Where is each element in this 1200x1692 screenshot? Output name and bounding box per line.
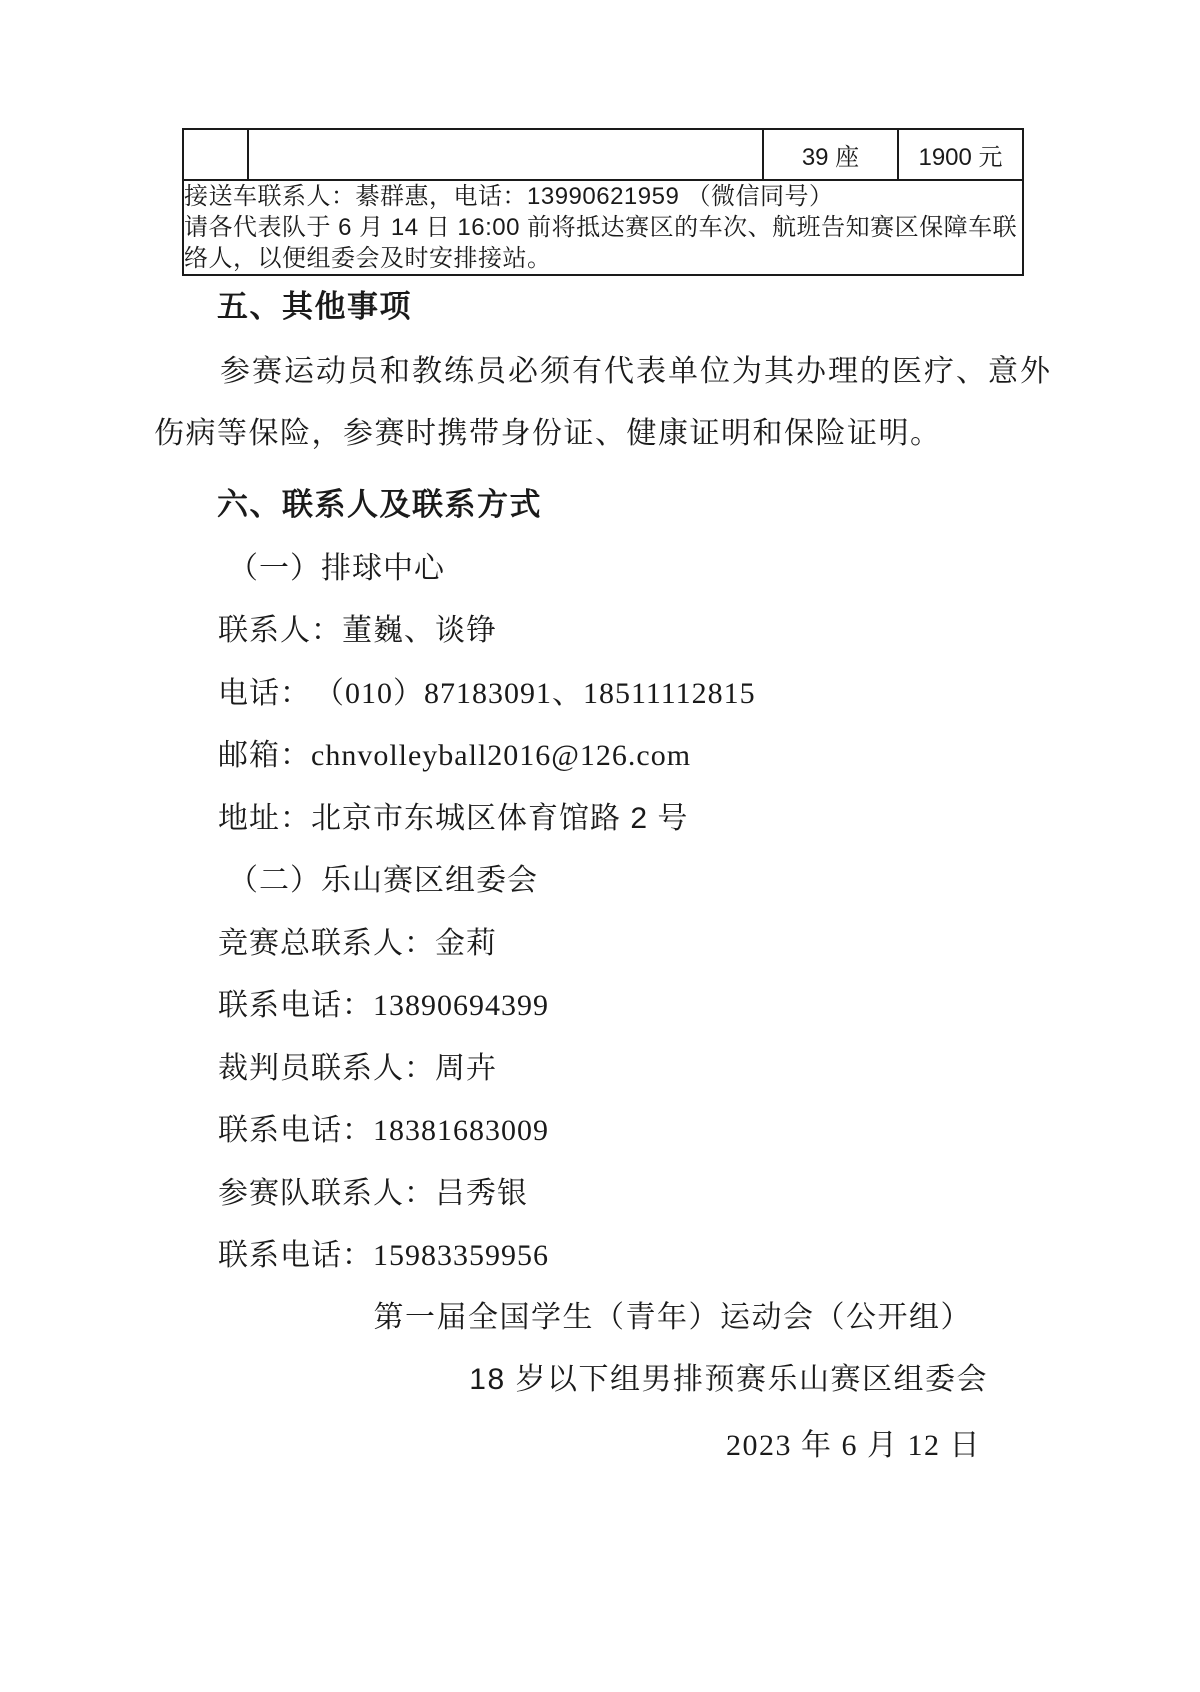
signature-line-1: 第一届全国学生（青年）运动会（公开组） [374,1292,973,1336]
contact-line-referee: 裁判员联系人：周卉 [218,1043,497,1087]
contact-label: 裁判员联系人： [218,1052,435,1085]
fee-table-row: 39 座 1900 元 [183,129,1023,180]
contact-line-phone: 联系电话：18381683009 [218,1105,549,1149]
contact-label: 联系人： [218,614,342,647]
contact-value: 吕秀银 [435,1177,528,1210]
contact-subheading-leshan-committee: （二）乐山赛区组委会 [228,855,538,899]
section6-heading: 六、联系人及联系方式 [217,479,542,524]
contact-label: 地址： [218,802,311,835]
contact-line-phone: 电话：（010）87183091、18511112815 [218,668,756,712]
contact-line-competition-chief: 竞赛总联系人：金莉 [218,918,497,962]
contact-label: 联系电话： [218,1114,373,1147]
contact-value: 董巍、谈铮 [342,614,497,647]
contact-label: （一）排球中心 [228,552,445,585]
contact-value: （010）87183091、18511112815 [329,677,756,710]
contact-label: 联系电话： [218,989,373,1022]
contact-value: chnvolleyball2016@126.com [311,739,691,772]
contact-value: 13890694399 [373,989,549,1022]
contact-subheading-volleyball-center: （一）排球中心 [228,543,445,587]
contact-line-phone: 联系电话：15983359956 [218,1230,549,1274]
contact-value: 15983359956 [373,1239,549,1272]
seat-capacity-cell: 39 座 [763,129,898,180]
shuttle-contact-line: 接送车联系人：綦群惠，电话：13990621959 （微信同号） [184,181,1022,212]
empty-cell-2 [248,129,763,180]
signature-line-2: 18 岁以下组男排预赛乐山赛区组委会 [469,1354,988,1398]
empty-cell-1 [183,129,248,180]
contact-line-address: 地址：北京市东城区体育馆路 2 号 [218,793,688,837]
document-page: 39 座 1900 元 接送车联系人：綦群惠，电话：13990621959 （微… [0,0,1200,1692]
contact-label: 联系电话： [218,1239,373,1272]
fee-table: 39 座 1900 元 接送车联系人：綦群惠，电话：13990621959 （微… [182,128,1024,276]
contact-line-email: 邮箱：chnvolleyball2016@126.com [218,730,691,774]
contact-value: 周卉 [435,1052,497,1085]
contact-label: 邮箱： [218,739,311,772]
contact-value: 金莉 [435,927,497,960]
contact-line-teams: 参赛队联系人：吕秀银 [218,1168,528,1212]
section5-paragraph-line1: 参赛运动员和教练员必须有代表单位为其办理的医疗、意外 [220,346,1052,390]
section5-paragraph-line2: 伤病等保险，参赛时携带身份证、健康证明和保险证明。 [154,408,942,452]
signature-date: 2023 年 6 月 12 日 [726,1420,981,1464]
contact-label: 竞赛总联系人： [218,927,435,960]
contact-label: （二）乐山赛区组委会 [228,864,538,897]
contact-value: 18381683009 [373,1114,549,1147]
contact-value: 北京市东城区体育馆路 2 号 [311,802,688,835]
price-cell: 1900 元 [898,129,1023,180]
contact-label: 参赛队联系人： [218,1177,435,1210]
shuttle-note-row: 接送车联系人：綦群惠，电话：13990621959 （微信同号） 请各代表队于 … [183,180,1023,275]
shuttle-note-cell: 接送车联系人：綦群惠，电话：13990621959 （微信同号） 请各代表队于 … [183,180,1023,275]
section5-heading: 五、其他事项 [217,281,412,326]
contact-line-phone: 联系电话：13890694399 [218,980,549,1024]
contact-line-person: 联系人：董巍、谈铮 [218,605,497,649]
contact-label: 电话： [218,677,311,710]
shuttle-instruction-line: 请各代表队于 6 月 14 日 16:00 前将抵达赛区的车次、航班告知赛区保障… [184,212,1022,274]
